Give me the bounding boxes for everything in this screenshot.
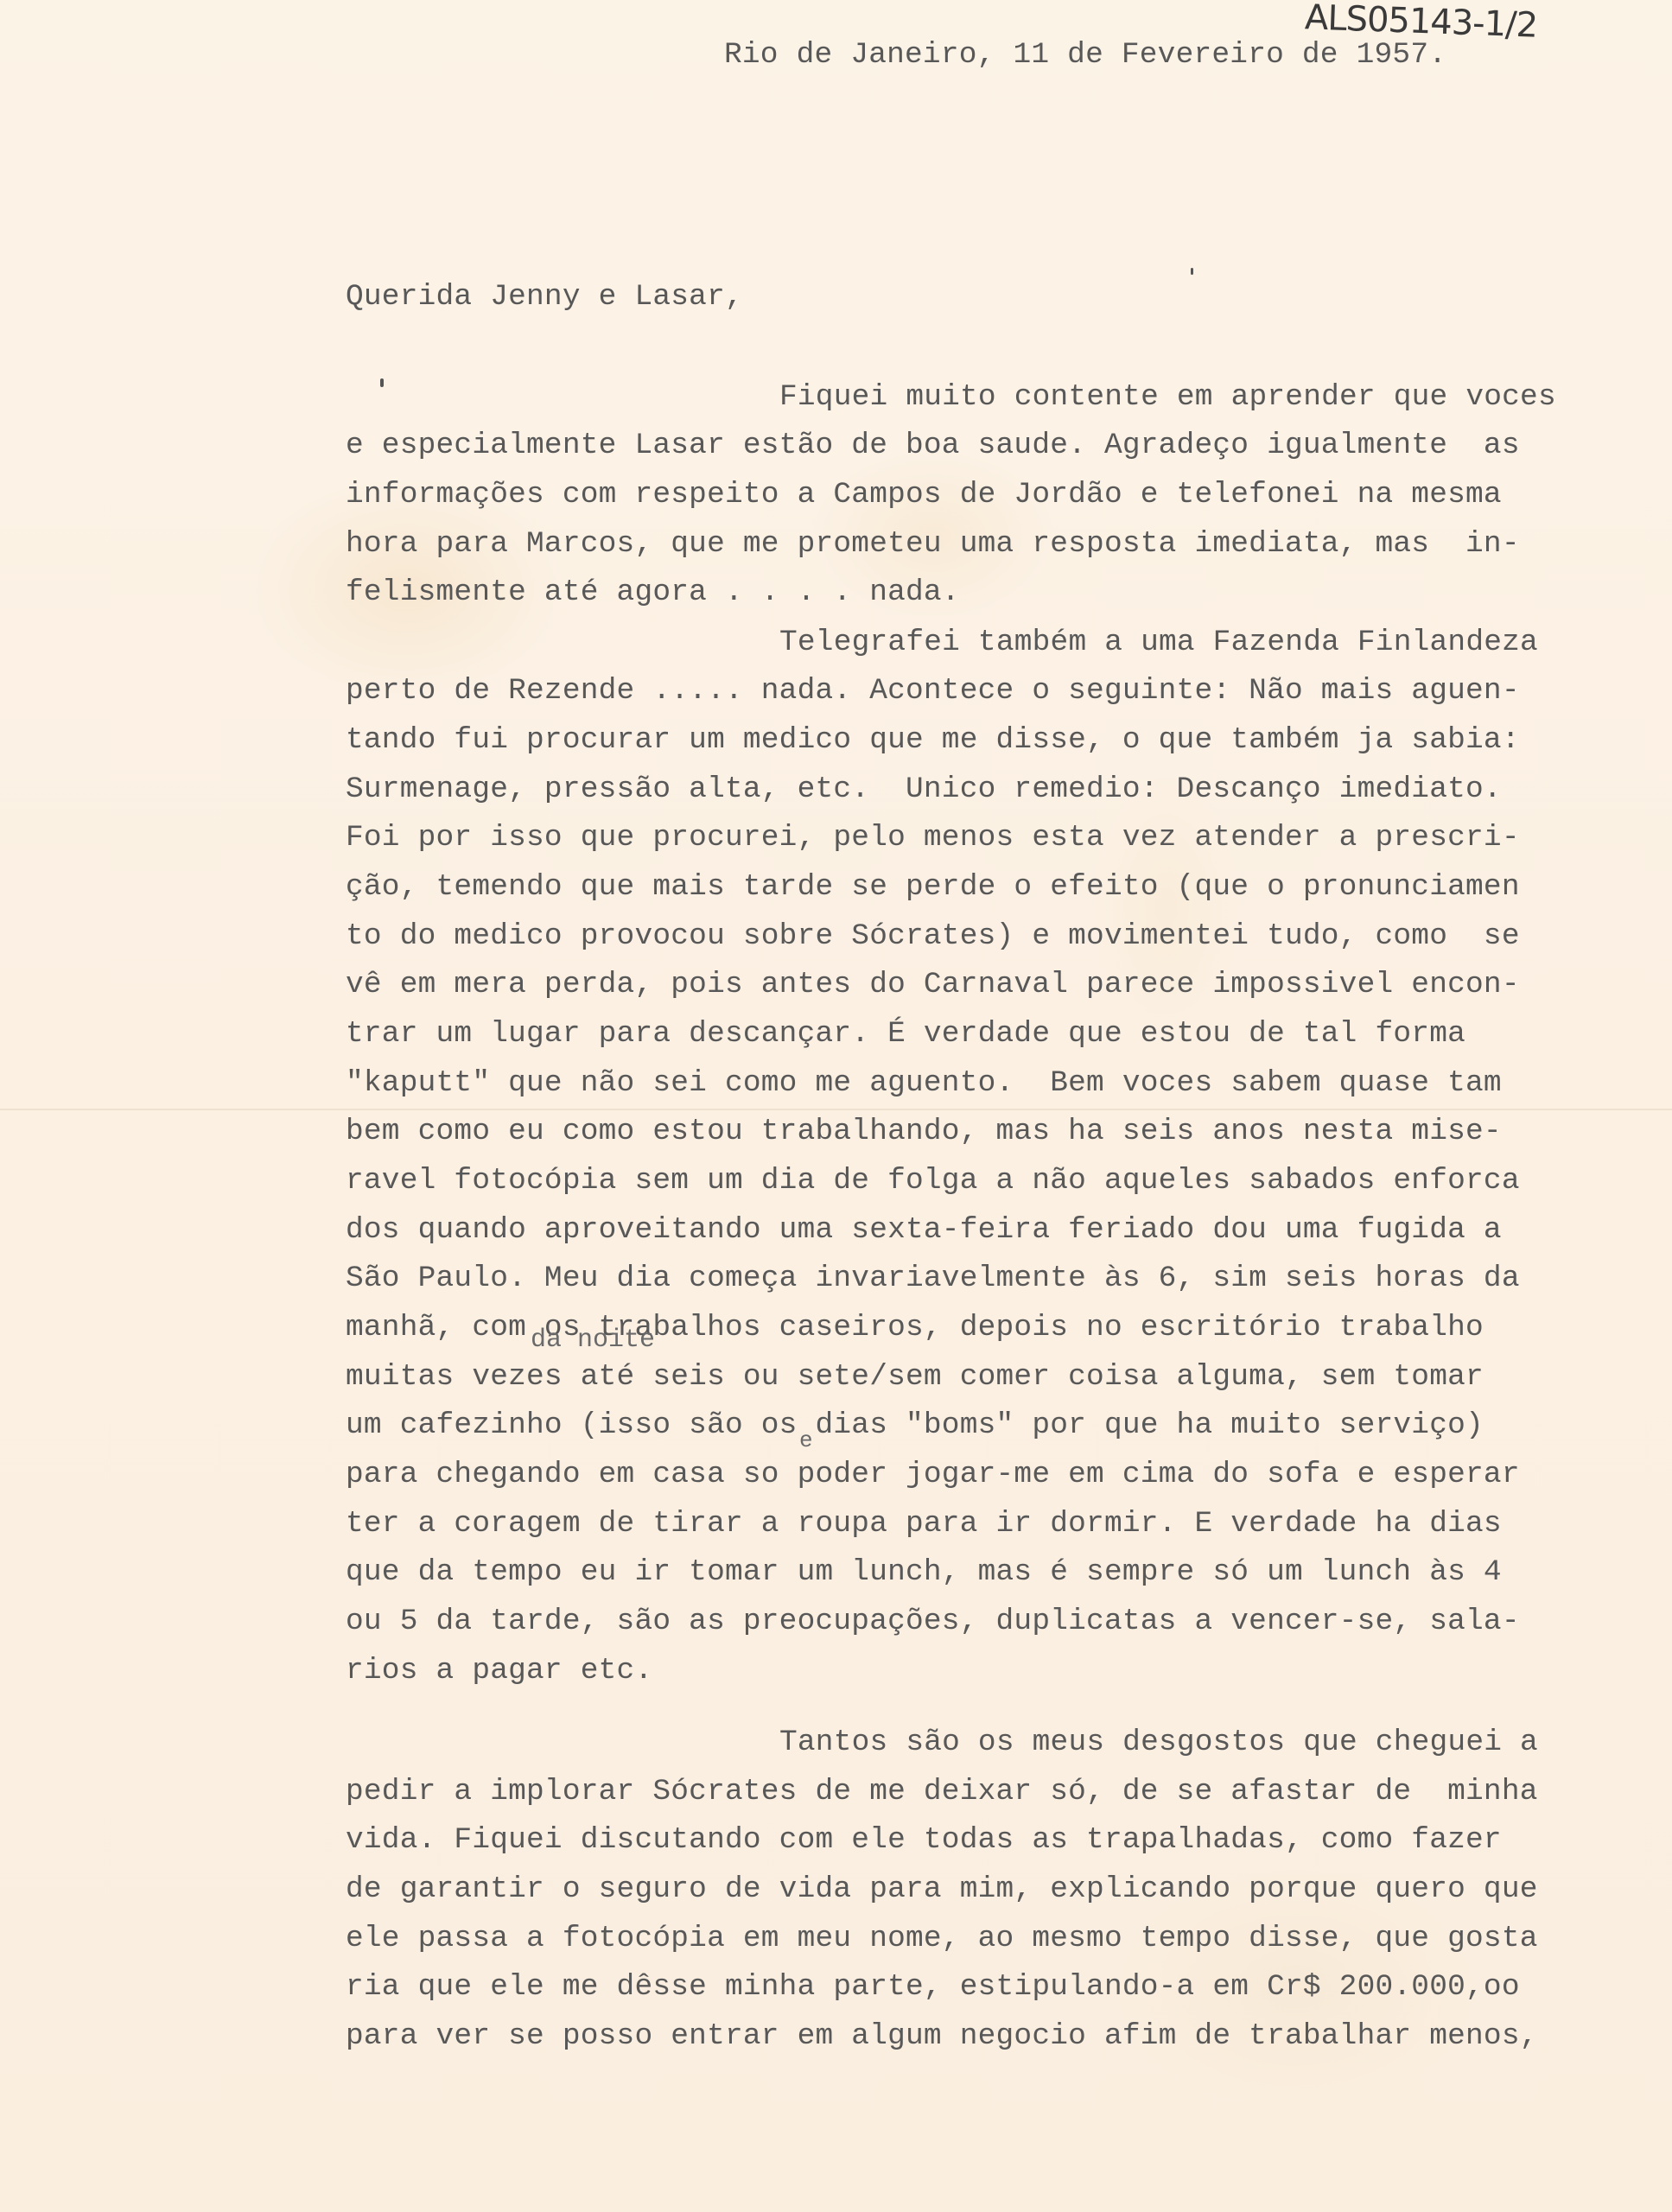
interlinear-insertion: da noite: [531, 1325, 655, 1355]
body-line: e especialmente Lasar estão de boa saude…: [346, 423, 1520, 468]
body-line: muitas vezes até seis ou sete/sem comer …: [346, 1355, 1484, 1400]
body-line: ter a coragem de tirar a roupa para ir d…: [346, 1502, 1502, 1547]
body-line: tando fui procurar um medico que me diss…: [346, 718, 1520, 763]
body-line: dos quando aproveitando uma sexta-feira …: [346, 1208, 1502, 1253]
body-line: ravel fotocópia sem um dia de folga a nã…: [346, 1159, 1520, 1204]
body-line: Surmenage, pressão alta, etc. Unico reme…: [346, 767, 1502, 812]
ink-speck: [1191, 268, 1193, 275]
body-line: de garantir o seguro de vida para mim, e…: [346, 1867, 1538, 1912]
body-line: Foi por isso que procurei, pelo menos es…: [346, 816, 1520, 861]
body-line: Fiquei muito contente em aprender que vo…: [779, 375, 1556, 420]
body-line: São Paulo. Meu dia começa invariavelment…: [346, 1256, 1520, 1301]
body-line: rios a pagar etc.: [346, 1649, 652, 1694]
body-line: manhã, com os trabalhos caseiros, depois…: [346, 1306, 1484, 1351]
body-line: trar um lugar para descançar. É verdade …: [346, 1012, 1465, 1057]
body-line: to do medico provocou sobre Sócrates) e …: [346, 914, 1520, 959]
letter-page: ALS05143-1/2 Rio de Janeiro, 11 de Fever…: [0, 0, 1672, 2212]
body-line: que da tempo eu ir tomar um lunch, mas é…: [346, 1550, 1502, 1595]
body-line: informações com respeito a Campos de Jor…: [346, 473, 1502, 518]
body-line: vê em mera perda, pois antes do Carnaval…: [346, 963, 1520, 1007]
body-line: "kaputt" que não sei como me aguento. Be…: [346, 1061, 1502, 1106]
body-line: Telegrafei também a uma Fazenda Finlande…: [779, 620, 1538, 665]
body-line: ou 5 da tarde, são as preocupações, dupl…: [346, 1599, 1520, 1644]
body-line: um cafezinho (isso são os dias "boms" po…: [346, 1403, 1484, 1448]
dateline: Rio de Janeiro, 11 de Fevereiro de 1957.: [724, 38, 1446, 72]
body-line: pedir a implorar Sócrates de me deixar s…: [346, 1770, 1538, 1815]
ink-speck: [380, 378, 384, 387]
body-line: para chegando em casa so poder jogar-me …: [346, 1452, 1520, 1497]
body-line: para ver se posso entrar em algum negoci…: [346, 2014, 1538, 2059]
body-line: vida. Fiquei discutando com ele todas as…: [346, 1818, 1502, 1863]
body-line: perto de Rezende ..... nada. Acontece o …: [346, 669, 1520, 714]
body-line: felismente até agora . . . . nada.: [346, 570, 960, 615]
body-line: ria que ele me dêsse minha parte, estipu…: [346, 1965, 1520, 2010]
body-line: Tantos são os meus desgostos que cheguei…: [779, 1720, 1538, 1765]
salutation: Querida Jenny e Lasar,: [346, 275, 743, 320]
body-line: bem como eu como estou trabalhando, mas …: [346, 1109, 1502, 1154]
body-line: ção, temendo que mais tarde se perde o e…: [346, 865, 1520, 910]
body-line: hora para Marcos, que me prometeu uma re…: [346, 522, 1520, 567]
interlinear-insertion: e: [799, 1427, 813, 1453]
body-line: ele passa a fotocópia em meu nome, ao me…: [346, 1916, 1538, 1961]
